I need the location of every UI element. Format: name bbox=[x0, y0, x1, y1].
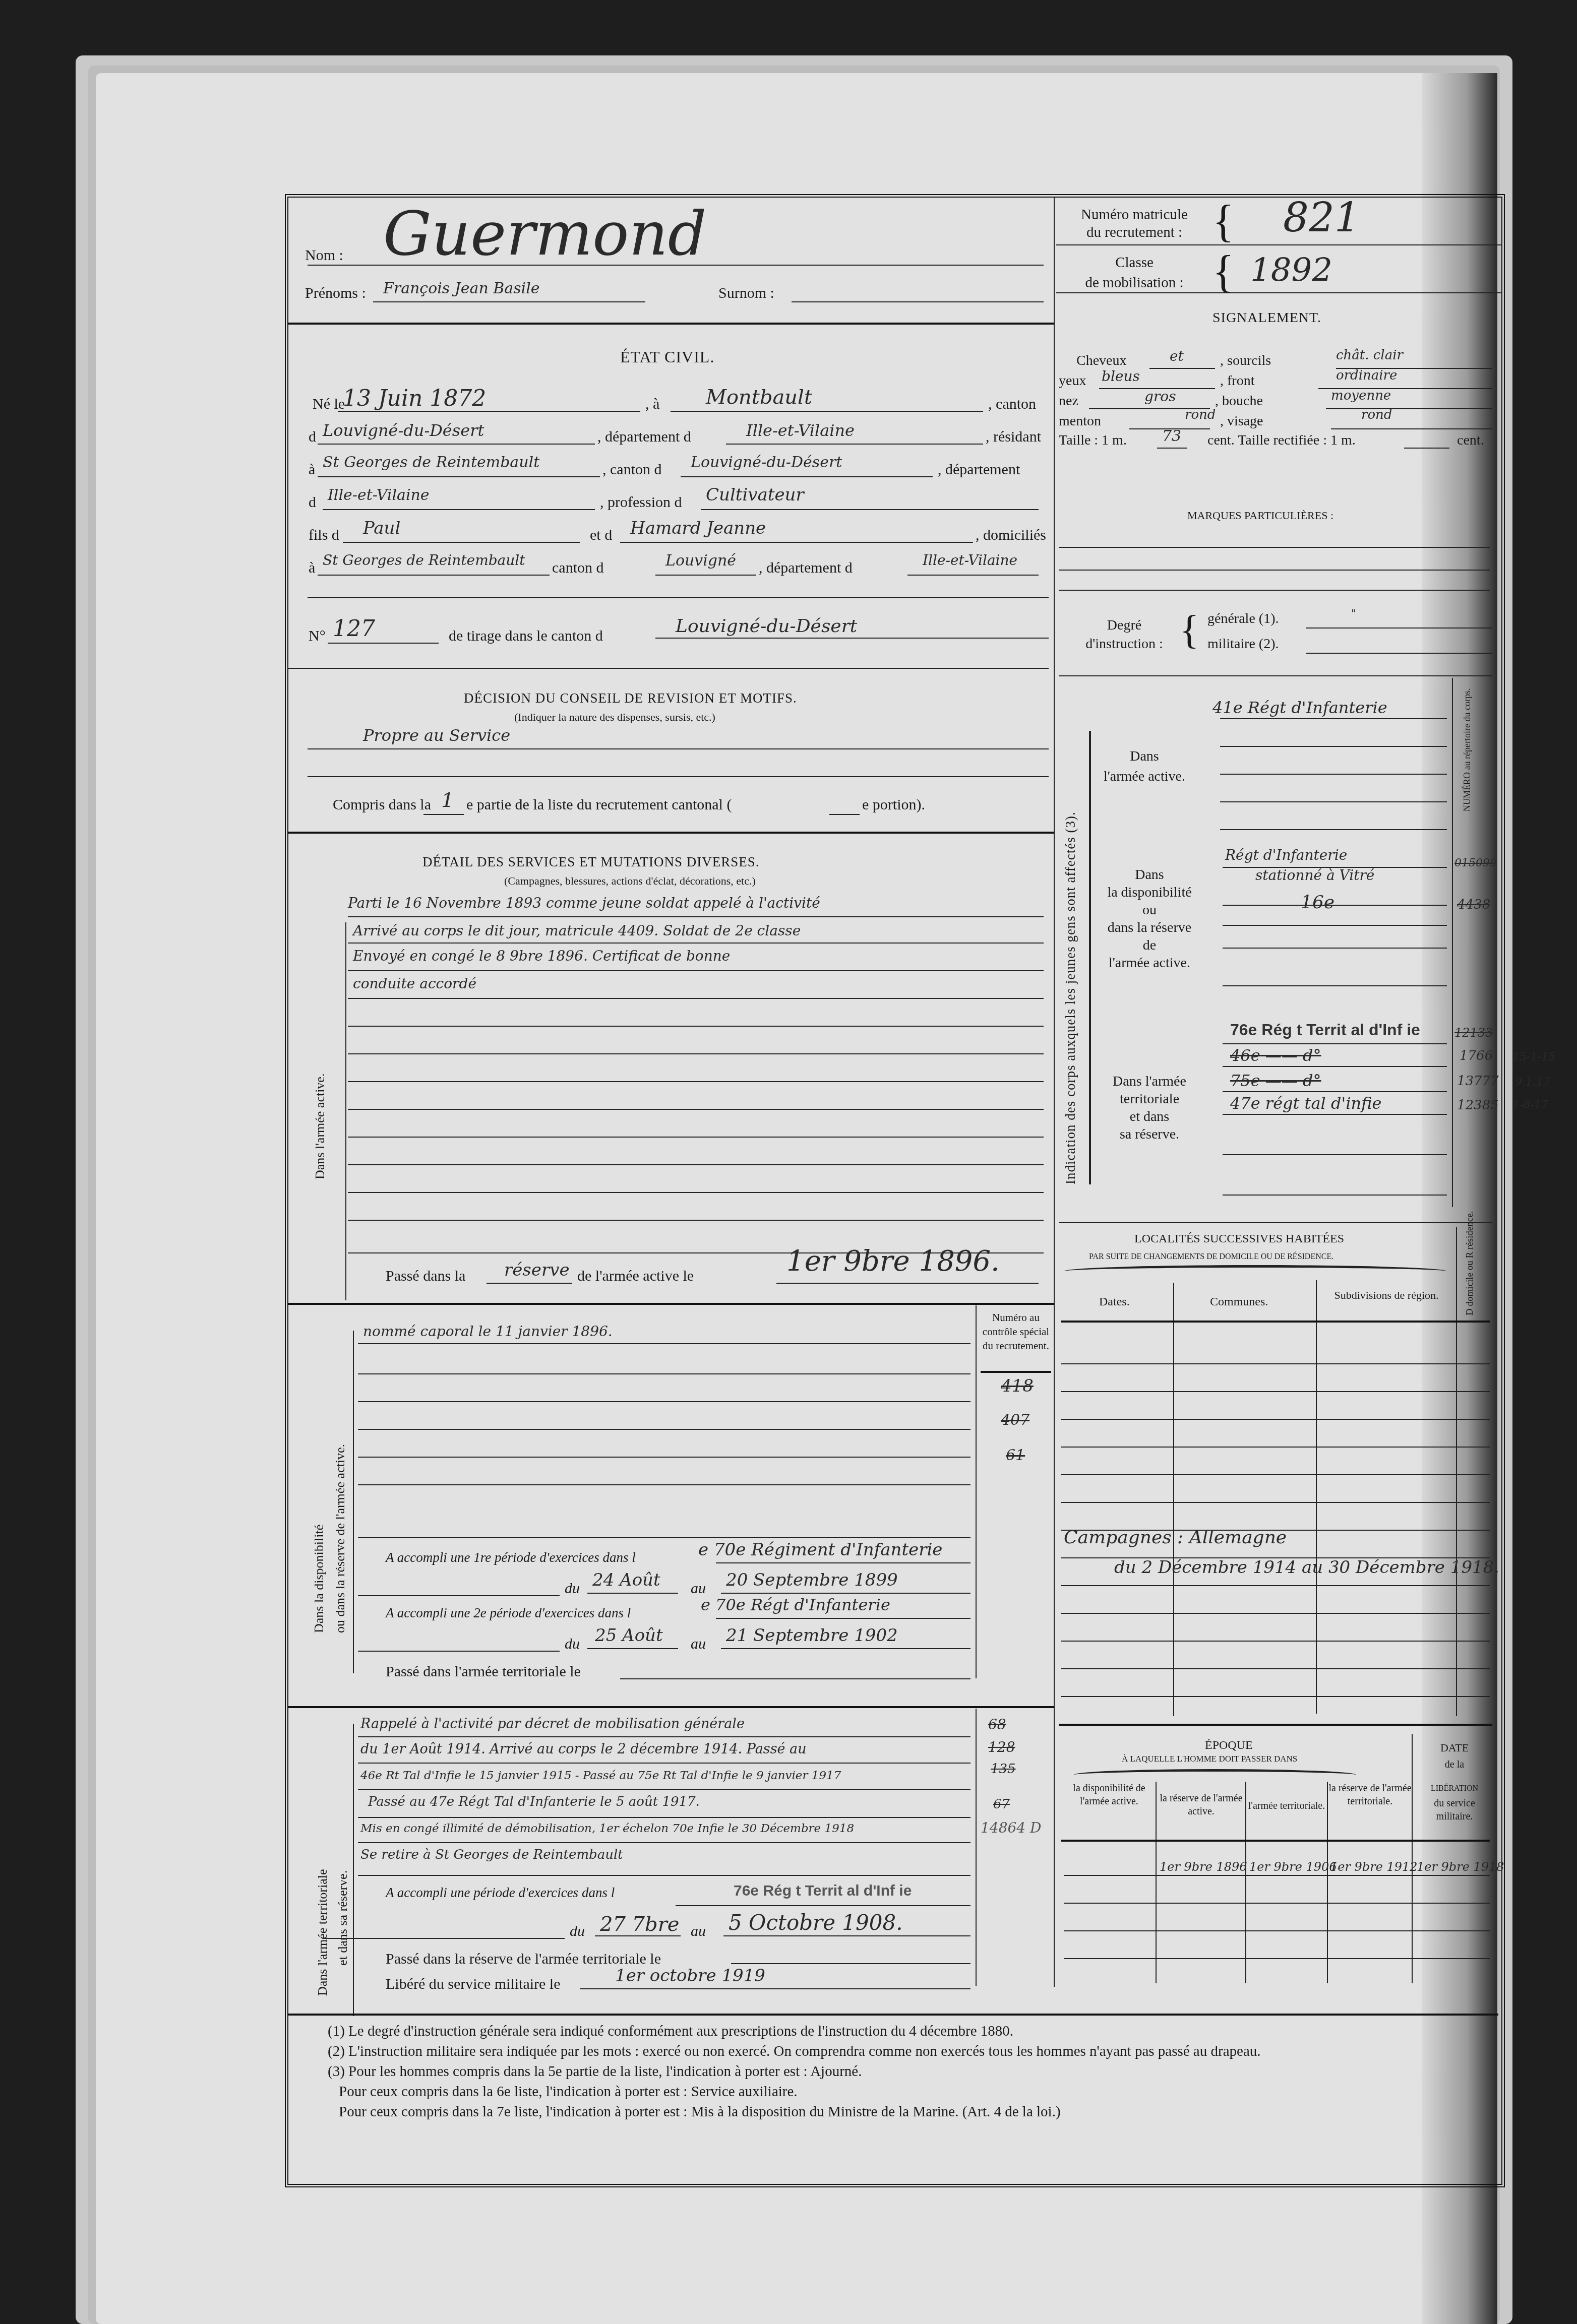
decision-line-1 bbox=[308, 748, 1049, 749]
periode2-corps: e 70e Régt d'Infanterie bbox=[701, 1595, 890, 1614]
corps-terr-numero-2: 1766 bbox=[1460, 1048, 1493, 1063]
tirage-no: 127 bbox=[333, 616, 375, 642]
localites-col-div-3 bbox=[1456, 1227, 1457, 1716]
dispo-rule-2 bbox=[358, 1373, 971, 1374]
periode1-du-label: du bbox=[565, 1580, 580, 1597]
epoque-brace bbox=[1074, 1769, 1356, 1781]
corps-active-line-3 bbox=[1220, 774, 1447, 775]
periode-terr-du: 27 7bre bbox=[600, 1913, 679, 1936]
corps-terr-corps-4: 47e régt tal d'infie bbox=[1230, 1094, 1381, 1113]
corps-dispo-line-2 bbox=[1223, 905, 1447, 906]
instruction-label-2: d'instruction : bbox=[1074, 636, 1175, 652]
corps-dispo-line-3 bbox=[1223, 925, 1447, 926]
residence-line bbox=[318, 476, 600, 477]
corps-dispo-label-1: Dans bbox=[1094, 867, 1205, 883]
nom-line bbox=[308, 265, 1044, 266]
periode2-au-label: au bbox=[691, 1636, 706, 1653]
matricule-brace: { bbox=[1212, 199, 1234, 244]
taille-rectifiee-line bbox=[1404, 448, 1449, 449]
departement-res-label: , département bbox=[938, 461, 1020, 478]
corps-numero-divider bbox=[1452, 678, 1453, 1207]
conseil-decision: Propre au Service bbox=[363, 726, 510, 745]
corps-terr-label-3: et dans bbox=[1094, 1109, 1205, 1125]
libere-date: 1er octobre 1919 bbox=[615, 1966, 765, 1986]
corps-terr-corps-2: 46e —— d° bbox=[1230, 1046, 1321, 1065]
instruction-militaire-label: militaire (2). bbox=[1207, 636, 1279, 652]
marques-line-1 bbox=[1059, 547, 1490, 548]
active-line-4: conduite accordé bbox=[353, 975, 476, 992]
epoque-value-territoriale: 1er 9bre 1906 bbox=[1249, 1860, 1337, 1874]
fils-de-label: fils d bbox=[309, 527, 339, 544]
instruction-label-1: Degré bbox=[1074, 617, 1175, 634]
corps-dispo-label-4: dans la réserve bbox=[1094, 920, 1205, 936]
terr-numero-5: 14864 D bbox=[981, 1819, 1041, 1836]
localites-row-rule-2 bbox=[1061, 1391, 1490, 1392]
corps-terr-line-6 bbox=[1223, 1195, 1447, 1196]
classe-brace: { bbox=[1212, 249, 1234, 295]
profession-line bbox=[701, 509, 1039, 510]
et-de-label: et d bbox=[590, 527, 612, 544]
dispo-rule-3 bbox=[358, 1401, 971, 1402]
passe-reserve-label: Passé dans la bbox=[386, 1268, 465, 1285]
liberation-header-2: de la bbox=[1414, 1759, 1495, 1771]
prenoms-line bbox=[373, 301, 645, 302]
libere-date-line bbox=[580, 1988, 971, 1989]
services-title: DÉTAIL DES SERVICES ET MUTATIONS DIVERSE… bbox=[422, 854, 760, 870]
sourcils-value: chât. clair bbox=[1336, 348, 1403, 363]
bouche-line bbox=[1326, 408, 1492, 409]
terr-rule-5 bbox=[358, 1842, 971, 1843]
departement-d-label: d bbox=[309, 494, 316, 511]
active-line-1: Parti le 16 Novembre 1893 comme jeune so… bbox=[348, 895, 820, 911]
footnote-4: Pour ceux compris dans la 6e liste, l'in… bbox=[328, 2082, 1487, 2102]
taille-cent2-label: cent. bbox=[1457, 432, 1484, 449]
terr-numero-2: 128 bbox=[988, 1739, 1015, 1755]
canton-d-label: d bbox=[309, 428, 316, 446]
periode-terr-blank-line-2 bbox=[363, 1938, 565, 1939]
dispo-rule-7 bbox=[358, 1537, 971, 1538]
corps-terr-corps-3: 75e —— d° bbox=[1230, 1071, 1321, 1090]
epoque-row-rule-2 bbox=[1064, 1903, 1490, 1904]
terr-line-2: du 1er Août 1914. Arrivé au corps le 2 d… bbox=[360, 1741, 807, 1757]
periode1-au-label: au bbox=[691, 1580, 706, 1597]
localites-row-rule-11 bbox=[1061, 1641, 1490, 1642]
lieu-naissance: Montbault bbox=[706, 386, 812, 409]
corps-dispo-line-4 bbox=[1223, 948, 1447, 949]
epoque-subtitle: À LAQUELLE L'HOMME DOIT PASSER DANS bbox=[1122, 1754, 1297, 1764]
terr-line-5: Mis en congé illimité de démobilisation,… bbox=[360, 1822, 854, 1835]
corps-terr-numero-4: 12385 bbox=[1457, 1098, 1499, 1113]
conseil-divider bbox=[288, 832, 1054, 834]
periode-terr-au-line bbox=[723, 1935, 971, 1936]
active-line-3: Envoyé en congé le 8 9bre 1896. Certific… bbox=[353, 948, 730, 964]
terr-line-1: Rappelé à l'activité par décret de mobil… bbox=[360, 1716, 745, 1732]
departement-residence: Ille-et-Vilaine bbox=[328, 486, 430, 504]
corps-terr-line-4 bbox=[1223, 1114, 1447, 1115]
conseil-revision-title: DÉCISION DU CONSEIL DE REVISION ET MOTIF… bbox=[464, 690, 797, 706]
terr-bracket bbox=[353, 1724, 354, 2016]
terr-rule-4 bbox=[358, 1817, 971, 1818]
active-rule-3 bbox=[348, 970, 1044, 971]
terr-rule-3 bbox=[358, 1789, 971, 1790]
periode1-du-line bbox=[587, 1593, 678, 1594]
domicilies-label: , domiciliés bbox=[976, 527, 1046, 544]
localites-row-rule-10 bbox=[1061, 1613, 1490, 1614]
localites-row-rule-13 bbox=[1061, 1696, 1490, 1697]
localites-row-rule-5 bbox=[1061, 1474, 1490, 1475]
domicile-canton: Louvigné bbox=[665, 552, 736, 570]
sourcils-label: , sourcils bbox=[1220, 353, 1271, 369]
conseil-revision-subtitle: (Indiquer la nature des dispenses, sursi… bbox=[514, 711, 715, 724]
corps-terr-corps-1: 76e Rég t Territ al d'Inf ie bbox=[1230, 1021, 1420, 1039]
domicile-canton-label: canton d bbox=[552, 559, 603, 577]
prenoms-value: François Jean Basile bbox=[383, 280, 540, 297]
domicile-a-label: à bbox=[309, 559, 315, 577]
corps-dispo-value-1: Régt d'Infanterie bbox=[1225, 847, 1347, 863]
numero-controle-divider bbox=[976, 1305, 977, 1678]
classe-divider bbox=[1056, 292, 1502, 293]
front-label: , front bbox=[1220, 373, 1254, 389]
tirage-canton: Louvigné-du-Désert bbox=[676, 616, 857, 637]
dispo-line-1: nommé caporal le 11 janvier 1896. bbox=[363, 1323, 613, 1340]
corps-terr-date-2: 15-1-15 bbox=[1512, 1051, 1555, 1063]
corps-dispo-line-5 bbox=[1223, 985, 1447, 986]
corps-terr-date-3: 9.1.17 bbox=[1515, 1076, 1550, 1089]
corps-active-label-2: l'armée active. bbox=[1094, 769, 1195, 785]
epoque-row-rule-3 bbox=[1064, 1930, 1490, 1931]
corps-dispo-value-2: stationné à Vitré bbox=[1255, 867, 1374, 884]
yeux-label: yeux bbox=[1059, 373, 1086, 389]
active-rule-5 bbox=[348, 1026, 1044, 1027]
numero-controle-rule bbox=[981, 1371, 1051, 1373]
corps-affectes-bracket bbox=[1089, 731, 1091, 1184]
active-rule-2 bbox=[348, 943, 1044, 944]
active-rule-1 bbox=[348, 916, 1044, 917]
active-rule-7 bbox=[348, 1081, 1044, 1082]
active-rule-6 bbox=[348, 1053, 1044, 1054]
active-rule-8 bbox=[348, 1109, 1044, 1110]
instruction-militaire-line bbox=[1306, 653, 1492, 654]
side-label-terr-2: et dans sa réserve. bbox=[335, 1870, 350, 1966]
etat-civil-title: ÉTAT CIVIL. bbox=[620, 348, 714, 366]
campagnes-line-1: Campagnes : Allemagne bbox=[1064, 1527, 1287, 1548]
corps-terr-line-3 bbox=[1223, 1091, 1447, 1092]
passe-reserve-date: 1er 9bre 1896. bbox=[786, 1245, 1000, 1278]
cheveux-value: et bbox=[1170, 348, 1184, 364]
front-value: ordinaire bbox=[1336, 368, 1397, 383]
terr-line-6: Se retire à St Georges de Reintembault bbox=[360, 1847, 623, 1862]
corps-terr-line-1 bbox=[1223, 1043, 1447, 1044]
corps-active-value: 41e Régt d'Infanterie bbox=[1212, 698, 1387, 717]
side-label-terr-1: Dans l'armée territoriale bbox=[315, 1869, 330, 1996]
visage-value: rond bbox=[1361, 407, 1392, 422]
corps-dispo-value-3: 16e bbox=[1301, 892, 1335, 913]
signalement-title: SIGNALEMENT. bbox=[1212, 310, 1321, 326]
classe-label-2: de mobilisation : bbox=[1061, 275, 1207, 291]
terr-numero-3: 135 bbox=[991, 1762, 1016, 1777]
numero-controle-3: 61 bbox=[1006, 1447, 1025, 1464]
passe-reserve-line bbox=[487, 1283, 572, 1284]
periode2-au: 21 Septembre 1902 bbox=[726, 1625, 898, 1646]
corps-dispo-label-5: de bbox=[1094, 937, 1205, 954]
epoque-row-rule-1 bbox=[1064, 1875, 1490, 1876]
periode1-au-line bbox=[721, 1593, 971, 1594]
footnotes: (1) Le degré d'instruction générale sera… bbox=[328, 2021, 1487, 2122]
marques-line-2 bbox=[1059, 570, 1490, 571]
corps-terr-label-4: sa réserve. bbox=[1094, 1126, 1205, 1143]
epoque-col-div-3 bbox=[1327, 1782, 1328, 1983]
epoque-title: ÉPOQUE bbox=[1205, 1739, 1253, 1752]
marques-label: MARQUES PARTICULIÈRES : bbox=[1187, 509, 1333, 522]
numero-controle-1: 418 bbox=[1001, 1376, 1034, 1396]
matricule-divider bbox=[1056, 244, 1502, 245]
instruction-generale-value: " bbox=[1351, 607, 1356, 619]
epoque-col-dispo: la disponibilité de l'armée active. bbox=[1064, 1782, 1155, 1808]
liberation-value: 1er 9bre 1918 bbox=[1417, 1860, 1504, 1874]
passe-reserve-date-line bbox=[776, 1283, 1039, 1284]
residant-label: , résidant bbox=[986, 428, 1041, 446]
domicile-dept: Ille-et-Vilaine bbox=[923, 552, 1017, 569]
cheveux-line bbox=[1149, 368, 1215, 369]
domicile-canton-line bbox=[655, 575, 756, 576]
periode-terr-au-label: au bbox=[691, 1923, 706, 1940]
taille-value: 73 bbox=[1162, 427, 1181, 445]
terr-rule-2 bbox=[358, 1763, 971, 1764]
domicile-dept-label: , département d bbox=[759, 559, 853, 577]
tirage-no-line bbox=[328, 643, 439, 644]
pere-line bbox=[343, 542, 580, 543]
domicile-parents-line bbox=[318, 575, 550, 576]
corps-active-line-2 bbox=[1220, 746, 1447, 747]
instruction-brace: { bbox=[1180, 610, 1199, 650]
pere: Paul bbox=[363, 518, 400, 538]
corps-active-line-5 bbox=[1220, 829, 1447, 830]
epoque-col-territoriale: l'armée territoriale. bbox=[1246, 1799, 1327, 1812]
periode2-du-label: du bbox=[565, 1636, 580, 1653]
corps-dispo-numero-1: 015099 bbox=[1454, 857, 1497, 869]
localites-title: LOCALITÉS SUCCESSIVES HABITÉES bbox=[1134, 1232, 1344, 1246]
nom-value: Guermond bbox=[383, 199, 707, 269]
corps-affectes-side-label: Indication des corps auxquels les jeunes… bbox=[1063, 811, 1078, 1184]
column-divider bbox=[1054, 198, 1055, 1987]
corps-terr-numero-1: 12133 bbox=[1454, 1026, 1493, 1040]
periode1-label: A accompli une 1re période d'exercices d… bbox=[386, 1550, 636, 1565]
departement-residence-line bbox=[323, 509, 595, 510]
corps-active-label-1: Dans bbox=[1094, 748, 1195, 765]
matricule-value: 821 bbox=[1283, 194, 1360, 241]
corps-dispo-numero-2: 4438 bbox=[1457, 897, 1490, 912]
departement-naissance: Ille-et-Vilaine bbox=[746, 421, 855, 440]
localites-row-rule-6 bbox=[1061, 1502, 1490, 1503]
side-label-active: Dans l'armée active. bbox=[313, 1074, 328, 1179]
localites-col-dates: Dates. bbox=[1099, 1295, 1130, 1309]
periode-terr-du-line bbox=[595, 1935, 681, 1936]
taille-label: Taille : 1 m. bbox=[1059, 432, 1127, 449]
taille-line bbox=[1157, 448, 1187, 449]
taille-cent-label: cent. Taille rectifiée : 1 m. bbox=[1207, 432, 1356, 449]
footnote-5: Pour ceux compris dans la 7e liste, l'in… bbox=[328, 2102, 1487, 2122]
passe-reserve-terr-line bbox=[731, 1963, 971, 1964]
libere-label: Libéré du service militaire le bbox=[386, 1976, 561, 1993]
localites-row-rule-4 bbox=[1061, 1447, 1490, 1448]
localites-col-communes: Communes. bbox=[1210, 1295, 1268, 1309]
marques-line-3 bbox=[1059, 590, 1490, 591]
surnom-label: Surnom : bbox=[718, 285, 774, 302]
canton-residence: Louvigné-du-Désert bbox=[691, 454, 842, 471]
corps-active-line-1 bbox=[1220, 718, 1447, 719]
passe-territoriale-line bbox=[620, 1678, 971, 1679]
canton-res-label: , canton d bbox=[602, 461, 661, 478]
corps-terr-numero-3: 13777 bbox=[1457, 1074, 1499, 1089]
periode1-du: 24 Août bbox=[592, 1570, 660, 1590]
departement-naissance-line bbox=[726, 444, 983, 445]
dispo-bracket bbox=[353, 1331, 354, 1673]
tirage-no-label: N° bbox=[309, 627, 326, 645]
epoque-col-div-1 bbox=[1156, 1782, 1157, 1983]
footnote-1: (1) Le degré d'instruction générale sera… bbox=[328, 2021, 1487, 2041]
corps-dispo-label-2: la disponibilité bbox=[1094, 885, 1205, 901]
canton-residence-line bbox=[681, 476, 933, 477]
localites-col-div-2 bbox=[1316, 1280, 1317, 1714]
residence: St Georges de Reintembault bbox=[323, 454, 539, 471]
localites-row-rule-1 bbox=[1061, 1363, 1490, 1364]
terr-rule-1 bbox=[358, 1736, 971, 1737]
compris-partie: 1 bbox=[441, 789, 454, 812]
instruction-generale-label: générale (1). bbox=[1207, 611, 1279, 627]
matricule-label-1: Numéro matricule bbox=[1061, 207, 1207, 223]
corps-terr-line-2 bbox=[1223, 1066, 1447, 1067]
bouche-value: moyenne bbox=[1331, 388, 1391, 403]
dispo-section-divider bbox=[288, 1706, 1054, 1708]
side-label-dispo-1: Dans la disponibilité bbox=[312, 1525, 327, 1633]
localites-col-div-1 bbox=[1173, 1283, 1174, 1716]
periode2-du: 25 Août bbox=[595, 1625, 663, 1646]
canton-label: , canton bbox=[988, 396, 1036, 413]
epoque-col-reserve-terr: la réserve de l'armée territoriale. bbox=[1328, 1782, 1412, 1808]
terr-line-4: Passé au 47e Régt Tal d'Infanterie le 5 … bbox=[368, 1794, 700, 1809]
active-line-2: Arrivé au corps le dit jour, matricule 4… bbox=[353, 922, 801, 939]
classe-label-1: Classe bbox=[1061, 255, 1207, 271]
periode2-corps-line bbox=[716, 1618, 971, 1619]
mere: Hamard Jeanne bbox=[630, 518, 766, 538]
visage-line bbox=[1331, 428, 1492, 429]
passe-territoriale-label: Passé dans l'armée territoriale le bbox=[386, 1663, 581, 1680]
name-block-divider bbox=[288, 323, 1054, 325]
localites-col-domicile: D domicile ou R résidence. bbox=[1465, 1211, 1476, 1315]
compris-label: Compris dans la bbox=[333, 796, 431, 813]
etat-civil-divider bbox=[308, 597, 1049, 598]
prenoms-label: Prénoms : bbox=[305, 285, 366, 302]
canton-naissance-line bbox=[318, 444, 595, 445]
corps-terr-label-1: Dans l'armée bbox=[1094, 1074, 1205, 1090]
localites-subtitle: PAR SUITE DE CHANGEMENTS DE DOMICILE OU … bbox=[1089, 1252, 1333, 1262]
periode-terr-au: 5 Octobre 1908. bbox=[729, 1910, 903, 1935]
classe-value: 1892 bbox=[1250, 252, 1332, 289]
epoque-col-reserve-active: la réserve de l'armée active. bbox=[1157, 1792, 1245, 1818]
localites-header-rule bbox=[1061, 1321, 1490, 1323]
corps-dispo-label-3: ou bbox=[1094, 902, 1205, 918]
decision-line-2 bbox=[308, 776, 1049, 777]
tirage-canton-line bbox=[655, 638, 1049, 639]
periode1-au: 20 Septembre 1899 bbox=[726, 1570, 898, 1590]
side-label-dispo-2: ou dans la réserve de l'armée active. bbox=[333, 1444, 348, 1633]
residence-a-label: à bbox=[309, 461, 315, 478]
corps-affectes-divider bbox=[1059, 1222, 1492, 1223]
liberation-header-1: DATE bbox=[1414, 1741, 1495, 1754]
lieu-naissance-line bbox=[671, 411, 983, 412]
epoque-header-rule bbox=[1061, 1840, 1490, 1842]
terr-numero-divider bbox=[976, 1709, 977, 1986]
periode2-du-line bbox=[587, 1648, 678, 1649]
corps-terr-label-2: territoriale bbox=[1094, 1091, 1205, 1107]
instruction-generale-line bbox=[1306, 627, 1492, 629]
periode2-label: A accompli une 2e période d'exercices da… bbox=[386, 1605, 631, 1621]
localites-col-subdivisions: Subdivisions de région. bbox=[1331, 1288, 1442, 1303]
partie-suffix: e partie de la liste du recrutement cant… bbox=[466, 796, 732, 813]
canton-naissance: Louvigné-du-Désert bbox=[323, 421, 484, 440]
menton-value: rond bbox=[1185, 407, 1216, 422]
periode-terr-label: A accompli une période d'exercices dans … bbox=[386, 1885, 615, 1901]
terr-numero-1: 68 bbox=[988, 1716, 1006, 1733]
periode1-corps-line bbox=[716, 1562, 971, 1563]
domicile-parents: St Georges de Reintembault bbox=[323, 552, 525, 569]
localites-row-rule-9 bbox=[1061, 1585, 1490, 1586]
corps-active-line-4 bbox=[1220, 801, 1447, 802]
yeux-value: bleus bbox=[1102, 368, 1140, 385]
periode-terr-du-label: du bbox=[570, 1923, 585, 1940]
corps-terr-line-5 bbox=[1223, 1154, 1447, 1155]
numero-controle-2: 407 bbox=[1001, 1411, 1029, 1429]
numero-controle-header: Numéro au contrôle spécial du recrutemen… bbox=[981, 1310, 1051, 1353]
compris-partie-line bbox=[423, 814, 464, 815]
mere-line bbox=[620, 542, 973, 543]
portion-suffix: e portion). bbox=[862, 796, 925, 813]
nez-label: nez bbox=[1059, 393, 1078, 409]
active-rule-12 bbox=[348, 1220, 1044, 1221]
passe-armee-active-label: de l'armée active le bbox=[577, 1268, 694, 1285]
dispo-rule-6 bbox=[358, 1484, 971, 1485]
campagnes-line-2: du 2 Décembre 1914 au 30 Décembre 1918. bbox=[1114, 1557, 1499, 1578]
matricule-label-2: du recrutement : bbox=[1061, 224, 1207, 241]
localites-row-rule-12 bbox=[1061, 1668, 1490, 1669]
cheveux-label: Cheveux bbox=[1076, 353, 1127, 369]
tirage-divider bbox=[287, 668, 1049, 669]
epoque-row-rule-4 bbox=[1064, 1958, 1490, 1959]
a-label: , à bbox=[645, 396, 659, 413]
departement-label: , département d bbox=[597, 428, 691, 446]
profession: Cultivateur bbox=[706, 485, 804, 505]
periode1-corps: e 70e Régiment d'Infanterie bbox=[698, 1540, 942, 1560]
dispo-rule-1 bbox=[358, 1343, 971, 1344]
date-naissance-line bbox=[338, 411, 640, 412]
portion-line bbox=[829, 814, 860, 815]
periode2-au-line bbox=[721, 1648, 971, 1649]
active-rule-11 bbox=[348, 1192, 1044, 1193]
corps-terr-date-4: 1-8-17 bbox=[1512, 1099, 1548, 1111]
passe-reserve-terr-label: Passé dans la réserve de l'armée territo… bbox=[386, 1951, 661, 1968]
date-naissance: 13 Juin 1872 bbox=[343, 386, 486, 411]
dispo-rule-5 bbox=[358, 1457, 971, 1458]
localites-divider bbox=[1059, 1724, 1492, 1726]
localites-row-rule-3 bbox=[1061, 1419, 1490, 1420]
epoque-value-reserve-active: 1er 9bre 1896 bbox=[1160, 1860, 1247, 1874]
active-section-divider bbox=[288, 1303, 1054, 1305]
active-rule-10 bbox=[348, 1164, 1044, 1165]
nom-label: Nom : bbox=[305, 247, 343, 264]
footnote-3: (3) Pour les hommes compris dans la 5e p… bbox=[328, 2061, 1487, 2082]
ne-le-label: Né le bbox=[313, 396, 345, 413]
epoque-col-div-4 bbox=[1412, 1734, 1413, 1983]
